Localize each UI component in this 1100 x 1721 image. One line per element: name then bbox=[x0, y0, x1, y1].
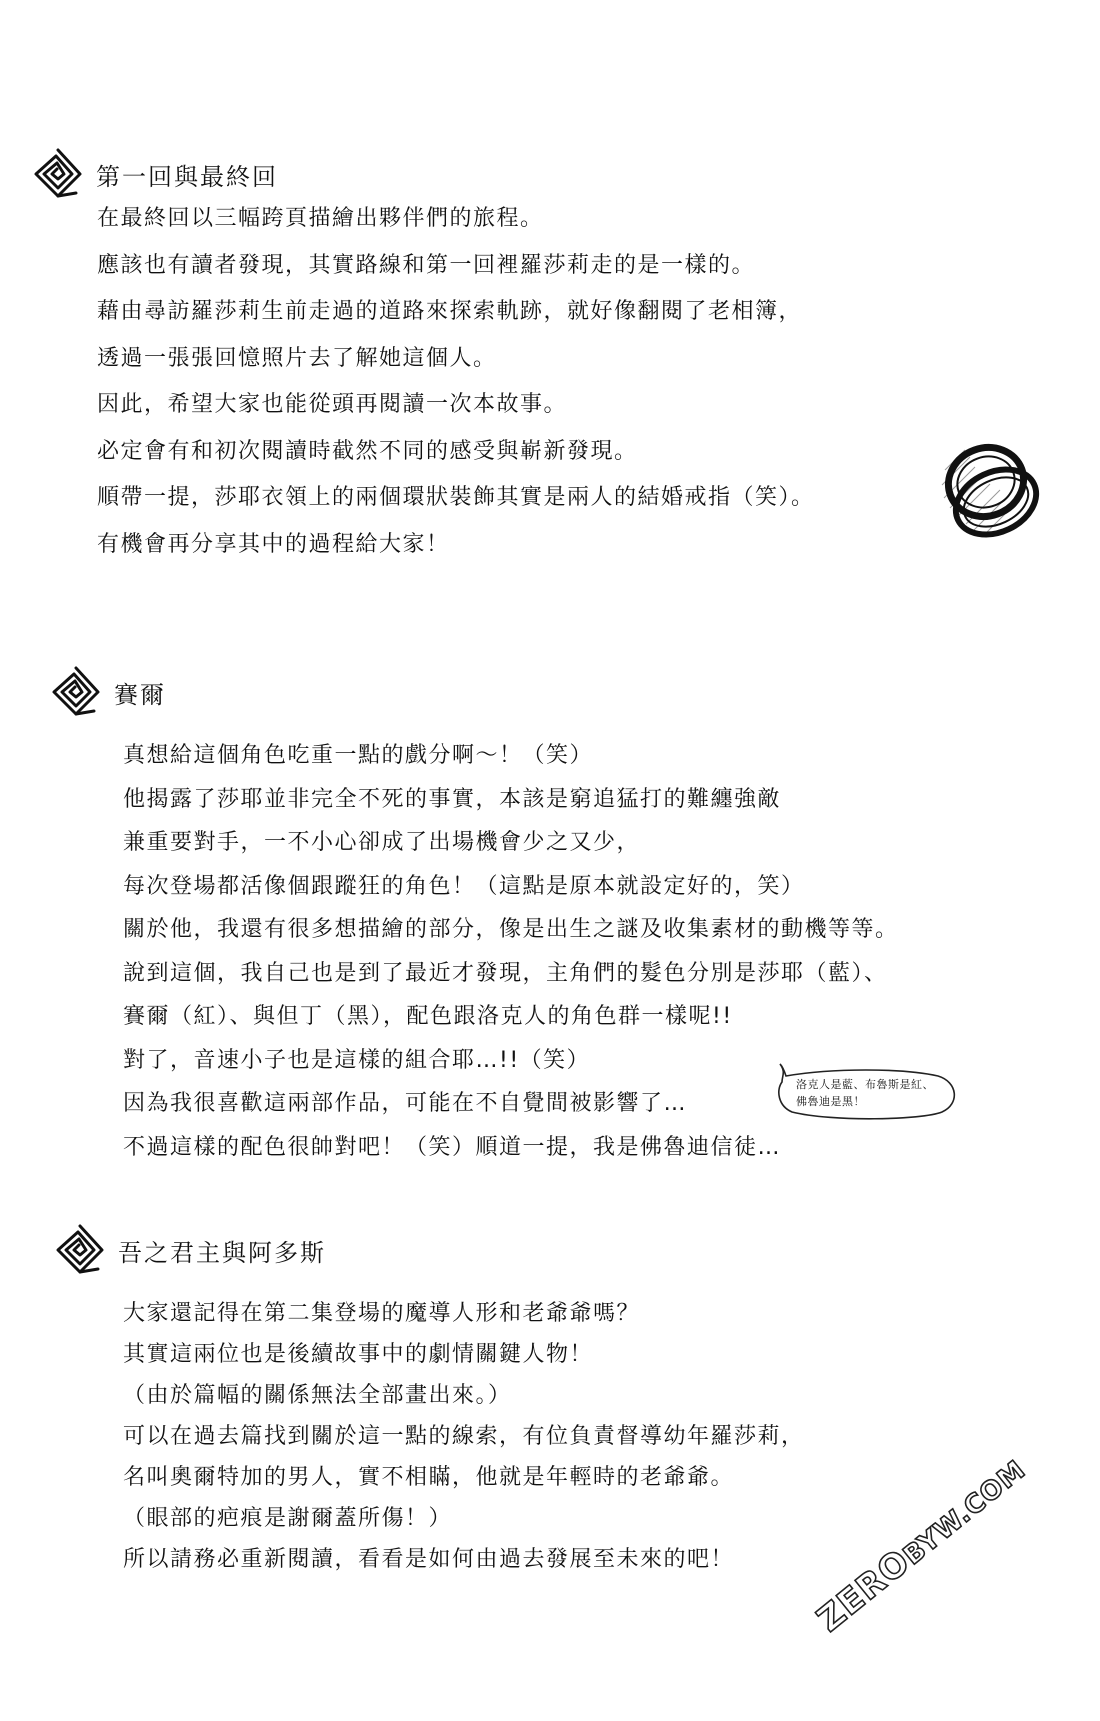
section-heading: 吾之君主與阿多斯 bbox=[52, 1222, 326, 1278]
text-line: 透過一張張回憶照片去了解她這個人。 bbox=[97, 348, 815, 395]
text-line: 必定會有和初次閱讀時截然不同的感受與嶄新發現。 bbox=[97, 441, 815, 488]
text-line: 不過這樣的配色很帥對吧！（笑）順道一提，我是佛魯迪信徒… bbox=[123, 1137, 899, 1181]
text-line: 真想給這個角色吃重一點的戲分啊～！（笑） bbox=[123, 745, 899, 789]
text-line: 藉由尋訪羅莎莉生前走過的道路來探索軌跡，就好像翻閱了老相簿， bbox=[97, 301, 815, 348]
text-line: 兼重要對手，一不小心卻成了出場機會少之又少， bbox=[123, 832, 899, 876]
text-line: （眼部的疤痕是謝爾蓋所傷！） bbox=[123, 1508, 805, 1549]
text-line: 所以請務必重新閱讀，看看是如何由過去發展至未來的吧！ bbox=[123, 1549, 805, 1590]
section-title: 吾之君主與阿多斯 bbox=[118, 1233, 326, 1268]
watermark-small: BYW.COM bbox=[898, 1455, 1032, 1571]
section-title: 第一回與最終回 bbox=[96, 157, 278, 192]
section-title: 賽爾 bbox=[114, 675, 166, 710]
paragraph-lines: 大家還記得在第二集登場的魔導人形和老爺爺嗎？ 其實這兩位也是後續故事中的劇情關鍵… bbox=[123, 1303, 805, 1590]
text-line: 關於他，我還有很多想描繪的部分，像是出生之謎及收集素材的動機等等。 bbox=[123, 919, 899, 963]
text-line: 順帶一提，莎耶衣領上的兩個環狀裝飾其實是兩人的結婚戒指（笑）。 bbox=[97, 487, 815, 534]
wedding-rings-icon bbox=[930, 430, 1060, 550]
text-line: 他揭露了莎耶並非完全不死的事實，本該是窮追猛打的難纏強敵 bbox=[123, 789, 899, 833]
speech-bubble-line: 佛魯迪是黑！ bbox=[796, 1093, 946, 1110]
text-line: 大家還記得在第二集登場的魔導人形和老爺爺嗎？ bbox=[123, 1303, 805, 1344]
spiral-diamond-icon bbox=[48, 664, 104, 720]
text-line: 其實這兩位也是後續故事中的劇情關鍵人物！ bbox=[123, 1344, 805, 1385]
watermark-big: ZERO bbox=[810, 1542, 918, 1640]
text-line: 在最終回以三幅跨頁描繪出夥伴們的旅程。 bbox=[97, 208, 815, 255]
text-line: 可以在過去篇找到關於這一點的線索，有位負責督導幼年羅莎莉， bbox=[123, 1426, 805, 1467]
spiral-diamond-icon bbox=[30, 146, 86, 202]
text-line: 因此，希望大家也能從頭再閱讀一次本故事。 bbox=[97, 394, 815, 441]
watermark: ZEROBYW.COM bbox=[810, 1449, 1033, 1640]
text-line: 名叫奧爾特加的男人，實不相瞞，他就是年輕時的老爺爺。 bbox=[123, 1467, 805, 1508]
paragraph-lines: 在最終回以三幅跨頁描繪出夥伴們的旅程。 應該也有讀者發現，其實路線和第一回裡羅莎… bbox=[97, 208, 815, 580]
speech-bubble-line: 洛克人是藍、布魯斯是紅、 bbox=[796, 1076, 946, 1093]
text-line: 說到這個，我自己也是到了最近才發現，主角們的髮色分別是莎耶（藍）、 bbox=[123, 963, 899, 1007]
speech-bubble: 洛克人是藍、布魯斯是紅、 佛魯迪是黑！ bbox=[772, 1062, 958, 1122]
text-line: 有機會再分享其中的過程給大家！ bbox=[97, 534, 815, 581]
text-line: 每次登場都活像個跟蹤狂的角色！（這點是原本就設定好的，笑） bbox=[123, 876, 899, 920]
text-line: 應該也有讀者發現，其實路線和第一回裡羅莎莉走的是一樣的。 bbox=[97, 255, 815, 302]
text-line: 賽爾（紅）、與但丁（黑），配色跟洛克人的角色群一樣呢!! bbox=[123, 1006, 899, 1050]
section-heading: 賽爾 bbox=[48, 664, 166, 720]
speech-bubble-text: 洛克人是藍、布魯斯是紅、 佛魯迪是黑！ bbox=[796, 1076, 946, 1110]
section-heading: 第一回與最終回 bbox=[30, 146, 278, 202]
text-line: （由於篇幅的關係無法全部畫出來。） bbox=[123, 1385, 805, 1426]
spiral-diamond-icon bbox=[52, 1222, 108, 1278]
